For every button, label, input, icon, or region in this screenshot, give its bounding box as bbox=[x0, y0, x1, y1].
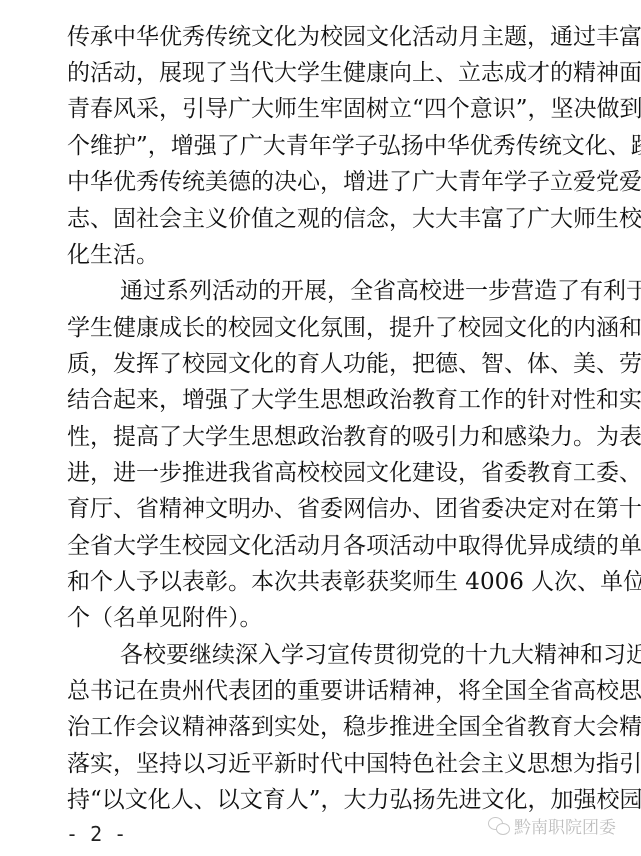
watermark: 黔南职院团委 bbox=[488, 813, 616, 838]
text-line: 个维护”，增强了广大青年学子弘扬中华优秀传统文化、践行 bbox=[67, 131, 571, 161]
text-line: 中华优秀传统美德的决心，增进了广大青年学子立爱党爱国之 bbox=[67, 167, 571, 197]
text-line: 和个人予以表彰。本次共表彰获奖师生 4006 人次、单位 60 bbox=[67, 567, 571, 597]
text-line: 性，提高了大学生思想政治教育的吸引力和感染力。为表彰先 bbox=[67, 422, 571, 452]
wechat-icon bbox=[488, 817, 510, 835]
text-line: 传承中华优秀传统文化为校园文化活动月主题，通过丰富多彩 bbox=[67, 22, 571, 52]
paragraph-start: 通过系列活动的开展，全省高校进一步营造了有利于青年 bbox=[120, 276, 571, 306]
text-line: 学生健康成长的校园文化氛围，提升了校园文化的内涵和品 bbox=[67, 313, 571, 343]
text-line: 育厅、省精神文明办、省委网信办、团省委决定对在第十四届 bbox=[67, 494, 571, 524]
text-line: 落实，坚持以习近平新时代中国特色社会主义思想为指引，坚 bbox=[67, 749, 571, 779]
page-number: - 2 - bbox=[66, 822, 126, 846]
paragraph-start: 各校要继续深入学习宣传贯彻党的十九大精神和习近平 bbox=[120, 640, 571, 670]
text-line: 总书记在贵州代表团的重要讲话精神，将全国全省高校思想政 bbox=[67, 676, 571, 706]
text-line: 结合起来，增强了大学生思想政治教育工作的针对性和实效 bbox=[67, 385, 571, 415]
text-line: 青春风采，引导广大师生牢固树立“四个意识”，坚决做到“两 bbox=[67, 94, 571, 124]
text-line: 个（名单见附件）。 bbox=[67, 603, 571, 633]
text-line: 质，发挥了校园文化的育人功能，把德、智、体、美、劳有机 bbox=[67, 349, 571, 379]
text-line: 的活动，展现了当代大学生健康向上、立志成才的精神面貌和 bbox=[67, 58, 571, 88]
text-line: 进，进一步推进我省高校校园文化建设，省委教育工委、省教 bbox=[67, 458, 571, 488]
text-line: 治工作会议精神落到实处，稳步推进全国全省教育大会精神的 bbox=[67, 712, 571, 742]
watermark-text: 黔南职院团委 bbox=[514, 813, 616, 838]
text-line: 志、固社会主义价值之观的信念，大大丰富了广大师生校园文 bbox=[67, 204, 571, 234]
text-line: 化生活。 bbox=[67, 240, 571, 270]
document-page: 传承中华优秀传统文化为校园文化活动月主题，通过丰富多彩 的活动，展现了当代大学生… bbox=[0, 0, 641, 856]
text-line: 全省大学生校园文化活动月各项活动中取得优异成绩的单位 bbox=[67, 531, 571, 561]
text-line: 持“以文化人、以文育人”，大力弘扬先进文化，加强校园文 bbox=[67, 785, 571, 815]
